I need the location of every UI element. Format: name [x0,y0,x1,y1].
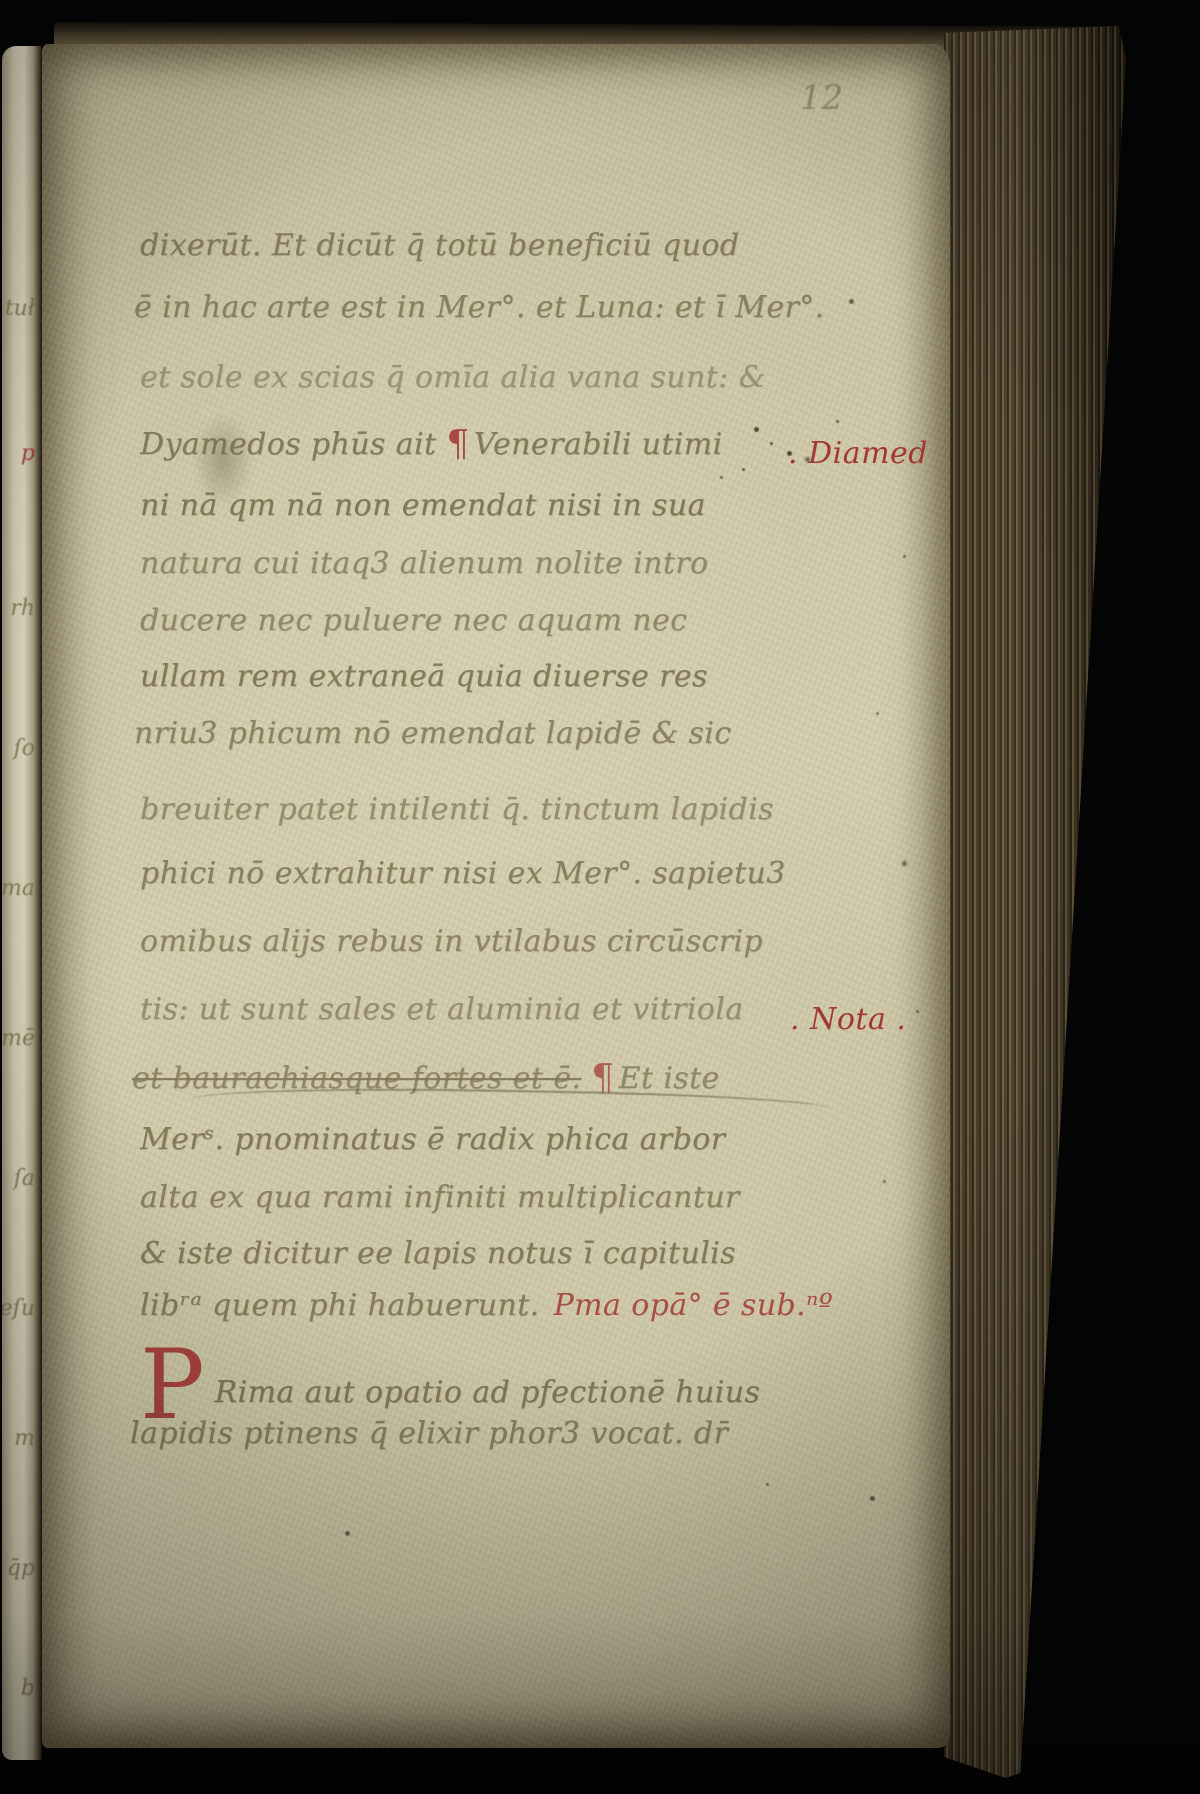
text-line: tis: ut sunt sales et aluminia et vitrio… [140,992,744,1027]
margin-note-nota: . Nota . [790,1002,906,1037]
line-text: Merˢ. pnominatus ē radix phica arbor [140,1122,725,1157]
text-line: & iste dicitur ee lapis notus ī capituli… [140,1236,736,1271]
line-text: natura cui itaq3 alienum nolite intro [140,546,709,581]
facing-text-fragment: m [14,1426,35,1451]
margin-note-diamed: . Diamed [788,436,928,471]
line-text: ni nā qm nā non emendat nisi in sua [140,488,706,523]
line-text: & iste dicitur ee lapis notus ī capituli… [140,1236,736,1271]
line-text: tis: ut sunt sales et aluminia et vitrio… [140,992,744,1027]
text-line: phici nō extrahitur nisi ex Mer°. sapiet… [140,856,786,891]
line-text: lapidis ptinens q̄ elixir phor3 vocat. d… [130,1416,728,1451]
text-line: PRima aut opatio ad pfectionē huius [140,1350,760,1410]
facing-text-fragment: mē [2,1026,35,1051]
facing-text-fragment: p [21,441,35,466]
line-text: ullam rem extraneā quia diuerse res [140,659,708,694]
line-text: omibus alijs rebus in vtilabus circūscri… [140,924,763,959]
text-line: ē in hac arte est in Mer°. et Luna: et ī… [134,290,825,325]
line-text: et sole ex scias q̄ omīa alia vana sunt:… [140,360,766,395]
line-text: Venerabili utimi [474,427,723,462]
line-text: Dyamedos phūs ait [140,427,436,462]
text-block: dixerūt. Et dicūt q̄ totū beneficiū quod… [42,44,950,1748]
rubric-initial: P [140,1366,205,1404]
facing-text-fragment: tuł [5,296,35,321]
facing-text-fragment: ma [2,876,35,901]
text-line: dixerūt. Et dicūt q̄ totū beneficiū quod [140,228,739,263]
line-text: ducere nec puluere nec aquam nec [140,603,687,638]
facing-page-edge: tuł p rh ſo ma mē ſa eſu m q̄p b [2,46,42,1760]
facing-text-fragment: ſo [14,736,35,761]
text-line: ni nā qm nā non emendat nisi in sua [140,488,706,523]
text-line: lapidis ptinens q̄ elixir phor3 vocat. d… [130,1416,728,1451]
text-line: breuiter patet intilenti q̄. tinctum lap… [140,792,774,827]
facing-text-fragment: q̄p [7,1556,35,1581]
line-text: breuiter patet intilenti q̄. tinctum lap… [140,792,774,827]
line-text: Et iste [619,1061,720,1096]
facing-text-fragment: b [21,1676,35,1701]
facing-text-fragment: rh [10,596,35,621]
book-fore-edge [944,26,1126,1778]
line-text: nriu3 phicum nō emendat lapidē & sic [134,716,732,751]
line-text: dixerūt. Et dicūt q̄ totū beneficiū quod [140,228,739,263]
text-line: natura cui itaq3 alienum nolite intro [140,546,709,581]
text-line: libʳᵃ quem phi habuerunt.Pma opā° ē sub.… [140,1288,833,1323]
text-line: Dyamedos phūs ait¶Venerabili utimi [140,424,723,465]
text-line: nriu3 phicum nō emendat lapidē & sic [134,716,732,751]
line-text: phici nō extrahitur nisi ex Mer°. sapiet… [140,856,786,891]
line-text: alta ex qua rami infiniti multiplicantur [140,1180,740,1215]
rubric-caption: Pma opā° ē sub.ⁿº [554,1288,834,1323]
text-line: et sole ex scias q̄ omīa alia vana sunt:… [140,360,766,395]
line-text: ē in hac arte est in Mer°. et Luna: et ī… [134,290,825,325]
text-line: alta ex qua rami infiniti multiplicantur [140,1180,740,1215]
text-line: ducere nec puluere nec aquam nec [140,603,687,638]
text-line: ullam rem extraneā quia diuerse res [140,659,708,694]
manuscript-page: 12 dixerūt. Et dicūt q̄ totū beneficiū q… [42,44,950,1748]
manuscript-photo: tuł p rh ſo ma mē ſa eſu m q̄p b 12 dixe… [0,0,1200,1794]
line-text: Rima aut opatio ad pfectionē huius [215,1375,761,1410]
facing-text-fragment: ſa [14,1166,35,1191]
line-text: libʳᵃ quem phi habuerunt. [140,1288,540,1323]
text-line: omibus alijs rebus in vtilabus circūscri… [140,924,763,959]
text-line: Merˢ. pnominatus ē radix phica arbor [140,1122,725,1157]
pilcrow-mark: ¶ [446,424,469,465]
facing-text-fragment: eſu [2,1296,35,1321]
